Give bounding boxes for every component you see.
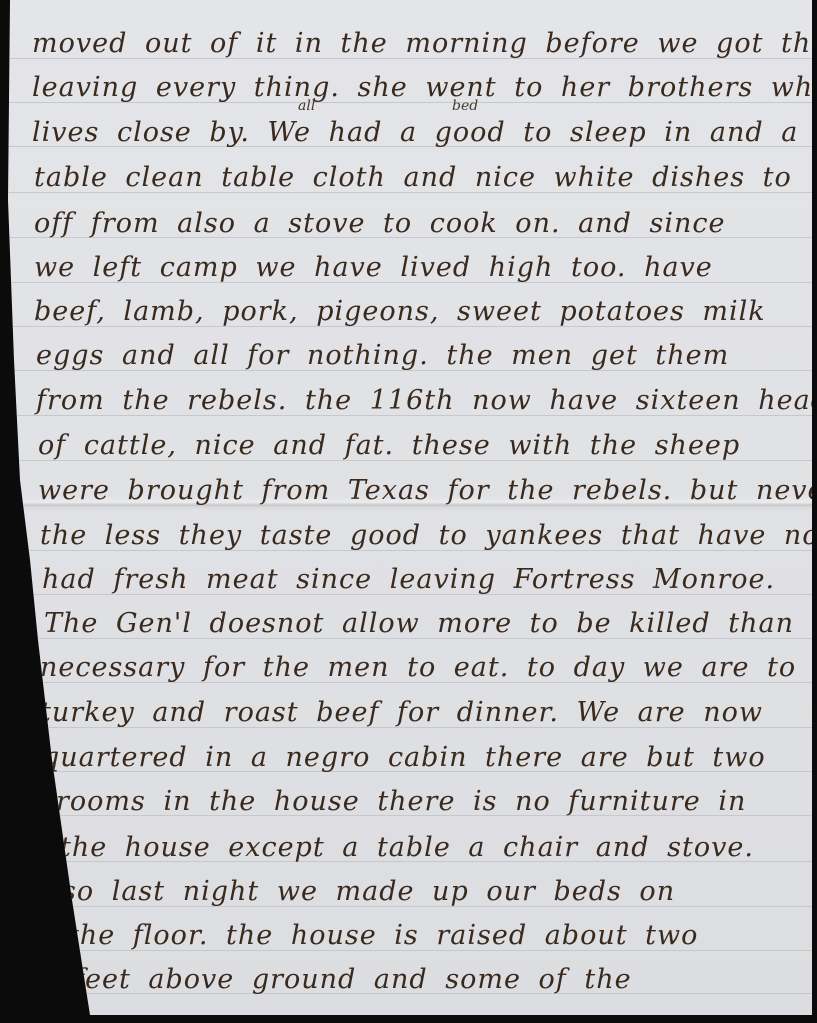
text-line: necessary for the men to eat. to day we … <box>40 652 817 683</box>
text-line: quartered in a negro cabin there are but… <box>42 742 766 773</box>
text-line: from the rebels. the 116th now have sixt… <box>36 385 817 416</box>
text-line: turkey and roast beef for dinner. We are… <box>40 697 763 728</box>
text-line: we left camp we have lived high too. hav… <box>34 252 713 283</box>
text-line: eggs and all for nothing. the men get th… <box>36 340 729 371</box>
text-line: The Gen'l doesnot allow more to be kille… <box>44 608 817 639</box>
text-line: so last night we made up our beds on <box>62 876 675 907</box>
text-line: had fresh meat since leaving Fortress Mo… <box>42 564 775 595</box>
text-line: the less they taste good to yankees that… <box>40 520 817 551</box>
text-line: lives close by. We had a good to sleep i… <box>32 117 798 148</box>
letter-page: moved out of it in the morning before we… <box>0 0 814 1015</box>
text-line: leaving every thing. she went to her bro… <box>32 72 817 103</box>
insertion-all: all <box>298 98 315 114</box>
text-line: the house except a table a chair and sto… <box>60 832 754 863</box>
text-line: beef, lamb, pork, pigeons, sweet potatoe… <box>34 296 766 327</box>
text-line: table clean table cloth and nice white d… <box>34 162 792 193</box>
text-line: rooms in the house there is no furniture… <box>56 786 746 817</box>
text-line: of cattle, nice and fat. these with the … <box>38 430 740 461</box>
text-line: the floor. the house is raised about two <box>68 920 698 951</box>
text-line: feet above ground and some of the <box>74 964 632 995</box>
insertion-bed: bed <box>452 98 478 114</box>
text-line: off from also a stove to cook on. and si… <box>34 208 725 239</box>
text-line: moved out of it in the morning before we… <box>32 28 817 59</box>
text-line: were brought from Texas for the rebels. … <box>38 475 817 506</box>
